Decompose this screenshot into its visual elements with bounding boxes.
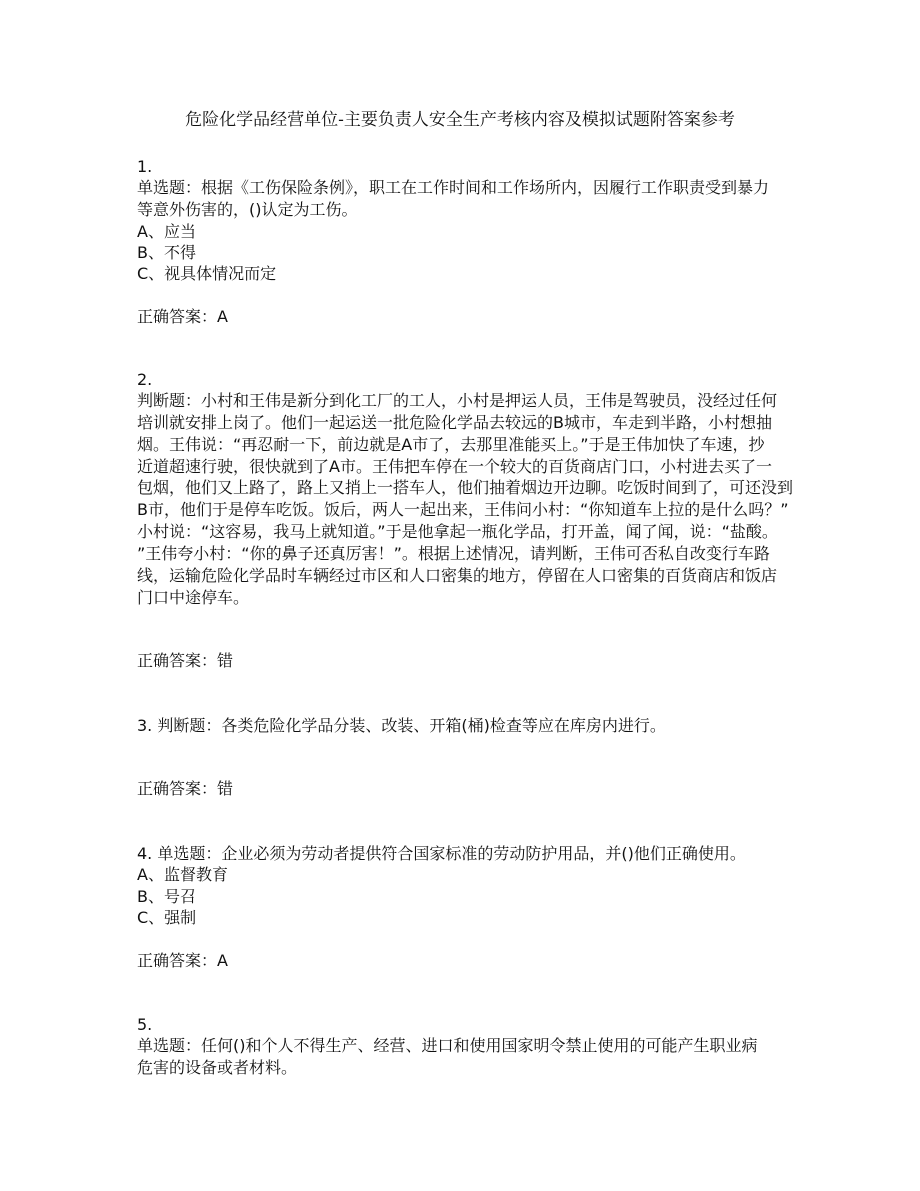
correct-answer: 正确答案：错: [137, 650, 797, 671]
correct-answer: 正确答案：错: [137, 778, 797, 799]
question-text: B市，他们于是停车吃饭。饭后，两人一起出来，王伟问小村：“你知道车上拉的是什么吗…: [137, 499, 797, 520]
question-text: 烟。王伟说：“再忍耐一下，前边就是A市了，去那里准能买上。”于是王伟加快了车速，…: [137, 434, 797, 455]
question-text: 3. 判断题：各类危险化学品分装、改装、开箱(桶)检查等应在库房内进行。: [137, 715, 797, 736]
question-number: 1.: [137, 156, 797, 177]
question-text: 4. 单选题：企业必须为劳动者提供符合国家标准的劳动防护用品，并()他们正确使用…: [137, 843, 797, 864]
question-number: 5.: [137, 1014, 797, 1035]
question-text: 危害的设备或者材料。: [137, 1057, 797, 1078]
question-text: 等意外伤害的，()认定为工伤。: [137, 199, 797, 220]
question-text: 小村说：“这容易，我马上就知道。”于是他拿起一瓶化学品，打开盖，闻了闻，说：“盐…: [137, 521, 797, 542]
option-c: C、视具体情况而定: [137, 263, 797, 284]
question-text: ”王伟夸小村：“你的鼻子还真厉害！”。根据上述情况，请判断，王伟可否私自改变行车…: [137, 543, 797, 564]
option-c: C、强制: [137, 907, 797, 928]
correct-answer: 正确答案：A: [137, 950, 797, 971]
question-text: 线，运输危险化学品时车辆经过市区和人口密集的地方，停留在人口密集的百货商店和饭店: [137, 565, 797, 586]
option-a: A、应当: [137, 221, 797, 242]
question-text: 培训就安排上岗了。他们一起运送一批危险化学品去较远的B城市，车走到半路，小村想抽: [137, 412, 797, 433]
option-b: B、不得: [137, 242, 797, 263]
question-text: 单选题：根据《工伤保险条例》，职工在工作时间和工作场所内，因履行工作职责受到暴力: [137, 177, 797, 198]
question-text: 判断题：小村和王伟是新分到化工厂的工人，小村是押运人员，王伟是驾驶员，没经过任何: [137, 390, 797, 411]
question-text: 包烟，他们又上路了，路上又捎上一搭车人，他们抽着烟边开边聊。吃饭时间到了，可还没…: [137, 477, 797, 498]
option-a: A、监督教育: [137, 864, 797, 885]
question-number: 2.: [137, 369, 797, 390]
option-b: B、号召: [137, 886, 797, 907]
document-title: 危险化学品经营单位-主要负责人安全生产考核内容及模拟试题附答案参考: [0, 108, 920, 132]
question-text: 门口中途停车。: [137, 587, 797, 608]
question-text: 单选题：任何()和个人不得生产、经营、进口和使用国家明令禁止使用的可能产生职业病: [137, 1035, 797, 1056]
question-text: 近道超速行驶，很快就到了A市。王伟把车停在一个较大的百货商店门口，小村进去买了一: [137, 456, 797, 477]
correct-answer: 正确答案：A: [137, 306, 797, 327]
